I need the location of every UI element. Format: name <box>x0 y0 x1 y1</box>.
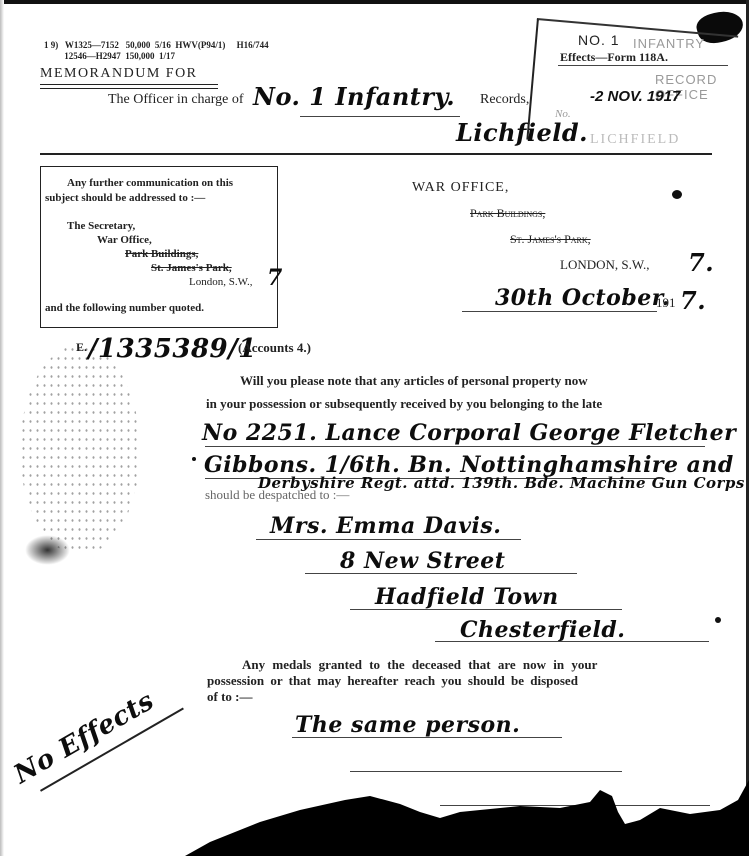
print-codes-line2: 12546—H2947 150,000 1/17 <box>44 51 175 61</box>
recipient-name: Mrs. Emma Davis. <box>270 513 501 539</box>
recipient-city-rule <box>435 641 709 642</box>
page-top-edge <box>0 0 749 4</box>
memo-title: MEMORANDUM FOR <box>40 66 198 82</box>
reference-dept: (Accounts 4.) <box>238 340 311 356</box>
recipient-name-rule <box>256 539 521 540</box>
sender-year-hand: 7. <box>680 286 706 315</box>
medals-recipient: The same person. <box>295 712 520 738</box>
stamp-faint-footer: LICHFIELD <box>590 132 680 148</box>
sender-name: WAR OFFICE, <box>412 180 509 196</box>
stamp-date: -2 NOV. 1917 <box>590 88 680 105</box>
medals-recipient-rule <box>292 737 562 738</box>
ink-dot <box>672 190 682 199</box>
box-recipient3: Park Buildings, <box>125 248 198 260</box>
para2-line3: of to :— <box>207 689 253 705</box>
paper-smudge <box>25 535 70 565</box>
box-line1: Any further communication on this <box>67 177 233 189</box>
print-codes: 1 9) W1325—7152 50,000 5/16 HWV(P94/1) H… <box>44 40 269 62</box>
deceased-line1-rule <box>205 446 705 447</box>
sender-addr3-hand: 7. <box>688 248 714 277</box>
header-divider <box>40 153 712 155</box>
box-recipient5-hand: 7 <box>267 265 283 291</box>
stamp-number-label: No. <box>555 108 571 120</box>
sender-addr2: St. James's Park, <box>510 232 591 247</box>
box-recipient1: The Secretary, <box>67 220 135 232</box>
para1-line1: Will you please note that any articles o… <box>240 373 588 389</box>
sender-year-print: 191 <box>656 295 676 311</box>
reference-prefix: E. <box>76 340 87 355</box>
page-left-edge <box>0 0 4 856</box>
para1-line2: in your possession or subsequently recei… <box>206 396 602 412</box>
box-recipient5: London, S.W., <box>189 276 252 288</box>
ink-dot <box>715 617 721 623</box>
box-recipient4: St. James's Park, <box>151 262 232 274</box>
officer-unit-line <box>300 116 460 117</box>
ink-dot <box>192 457 196 461</box>
recipient-street-rule <box>305 573 577 574</box>
paper-speckle <box>20 345 140 555</box>
torn-page-bottom <box>0 760 749 856</box>
sender-date-hand: 30th October. <box>495 285 670 311</box>
box-footer: and the following number quoted. <box>45 302 204 314</box>
recipient-town-rule <box>350 609 622 610</box>
recipient-city: Chesterfield. <box>460 617 625 643</box>
stamp-office-line1: NO. 1 <box>578 32 620 48</box>
deceased-line3: Derbyshire Regt. attd. 139th. Bde. Machi… <box>258 474 745 492</box>
date-line <box>462 311 657 312</box>
para2-line1: Any medals granted to the deceased that … <box>242 657 597 673</box>
memo-title-underline <box>40 84 218 89</box>
address-instructions-box: Any further communication on this subjec… <box>40 166 278 328</box>
print-codes-line1: 1 9) W1325—7152 50,000 5/16 HWV(P94/1) H… <box>44 40 269 50</box>
sender-addr3: LONDON, S.W., <box>560 257 649 273</box>
form-label-underline <box>558 65 728 66</box>
officer-unit-handwritten: No. 1 Infantry. <box>253 82 455 111</box>
stamp-office-line1-faint: INFANTRY <box>633 36 705 51</box>
para2-line2: possession or that may hereafter reach y… <box>207 673 578 689</box>
recipient-town: Hadfield Town <box>375 584 559 610</box>
form-label: Effects—Form 118A. <box>560 50 668 65</box>
deceased-line1: No 2251. Lance Corporal George Fletcher <box>202 420 736 446</box>
recipient-street: 8 New Street <box>340 548 505 574</box>
box-recipient2: War Office, <box>97 234 152 246</box>
officer-prefix: The Officer in charge of <box>108 92 244 108</box>
box-line2: subject should be addressed to :— <box>45 192 205 204</box>
records-label: Records, <box>480 92 529 108</box>
sender-addr1: Park Buildings, <box>470 206 545 221</box>
reference-number-hand: /1335389/1 <box>88 334 257 364</box>
